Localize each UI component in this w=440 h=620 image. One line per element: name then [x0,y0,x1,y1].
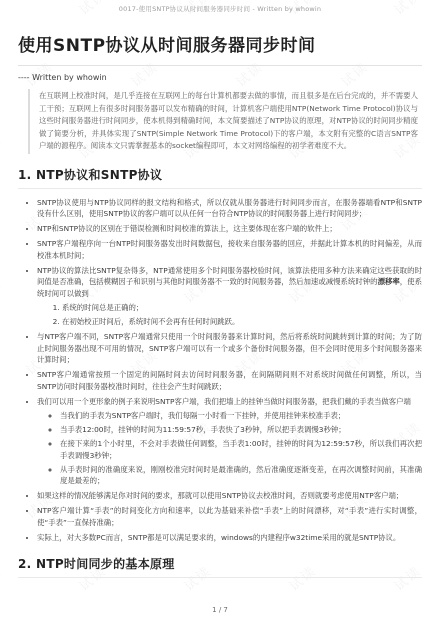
sub-list-item: 在接下来的1个小时里，不会对手表做任何调整，当手表1:00时，挂钟的时间为12:… [60,438,422,461]
numbered-item: 系统的时间总是正确的； [62,302,422,314]
document-page: 试读试读试读试读试读试读试读试读试读试读试读试读试读试读试读试读试读试读试读试读… [0,0,440,620]
list-item: 与NTP客户端不同，SNTP客户端通常只使用一个时间服务器来计算时间，然后将系统… [37,331,422,366]
document-content: 使用SNTP协议从时间服务器同步时间 ---- Written by whowi… [0,31,440,578]
circle-sublist: 当我们的手表为SNTP客户端时，我们每隔一小时看一下挂钟，并使用挂钟来校准手表；… [50,410,422,487]
list-item: 如果这样的情况能够满足你对时间的要求，那就可以使用SNTP协议去校准时间，否则就… [37,490,422,502]
list-item: SNTP客户端程序向一台NTP时间服务器发出时间数据包，接收来自服务器的回应，并… [37,238,422,261]
author-byline: ---- Written by whowin [18,73,422,82]
page-number: 1 / 7 [0,606,440,614]
intro-blockquote: 在互联网上校准时间，是几乎连接在互联网上的每台计算机都要去做的事情，而且很多是在… [28,89,422,154]
numbered-item: 在初始校正时间后，系统时间不会再有任何时间跳跃。 [62,316,422,328]
emphasized-term: 漂移率 [378,277,400,286]
section-1-bullet-list: SNTP协议使用与NTP协议同样的报文结构和格式，所以仅就从服务器进行时间同步而… [18,197,422,544]
list-item: 我们可以用一个更形象的例子来说明SNTP客户端，我们把墙上的挂钟当做时间服务器，… [37,396,422,487]
list-item: NTP和SNTP协议的区别在于错误检测和时间校准的算法上，这主要体现在客户端的软… [37,223,422,235]
numbered-sublist: 系统的时间总是正确的； 在初始校正时间后，系统时间不会再有任何时间跳跃。 [52,302,422,328]
section-2-heading: 2. NTP时间同步的基本原理 [18,555,422,578]
page-title: 使用SNTP协议从时间服务器同步时间 [18,31,422,66]
list-item-text: 我们可以用一个更形象的例子来说明SNTP客户端，我们把墙上的挂钟当做时间服务器，… [37,397,411,406]
list-item: NTP客户端计算“手表”的时间变化方向和速率，以此为基础来补偿“手表”上的时间漂… [37,505,422,528]
list-item: 实际上，对大多数PC而言，SNTP都是可以满足要求的，windows的内建程序w… [37,532,422,544]
list-item: SNTP协议使用与NTP协议同样的报文结构和格式，所以仅就从服务器进行时间同步而… [37,197,422,220]
list-item-text: NTP协议的算法比SNTP复杂得多，NTP通常使用多个时间服务器校验时间，该算法… [37,266,422,287]
sub-list-item: 当手表12:00时，挂钟的时间为11:59:57秒，手表快了3秒钟，所以把手表调… [60,424,422,436]
sub-list-item: 从手表时间的准确度来说，刚刚校准完时间时是最准确的，然后准确度逐渐变差，在再次调… [60,464,422,487]
sub-list-item: 当我们的手表为SNTP客户端时，我们每隔一小时看一下挂钟，并使用挂钟来校准手表； [60,410,422,422]
document-header-title: 0017-使用SNTP协议从时间服务器同步时间 - Written by who… [0,0,440,13]
section-1-heading: 1. NTP协议和SNTP协议 [18,166,422,189]
list-item: SNTP客户端通常按照一个固定的间隔时间去访问时间服务器，在间隔期间则不对系统时… [37,369,422,392]
list-item: NTP协议的算法比SNTP复杂得多，NTP通常使用多个时间服务器校验时间，该算法… [37,265,422,328]
